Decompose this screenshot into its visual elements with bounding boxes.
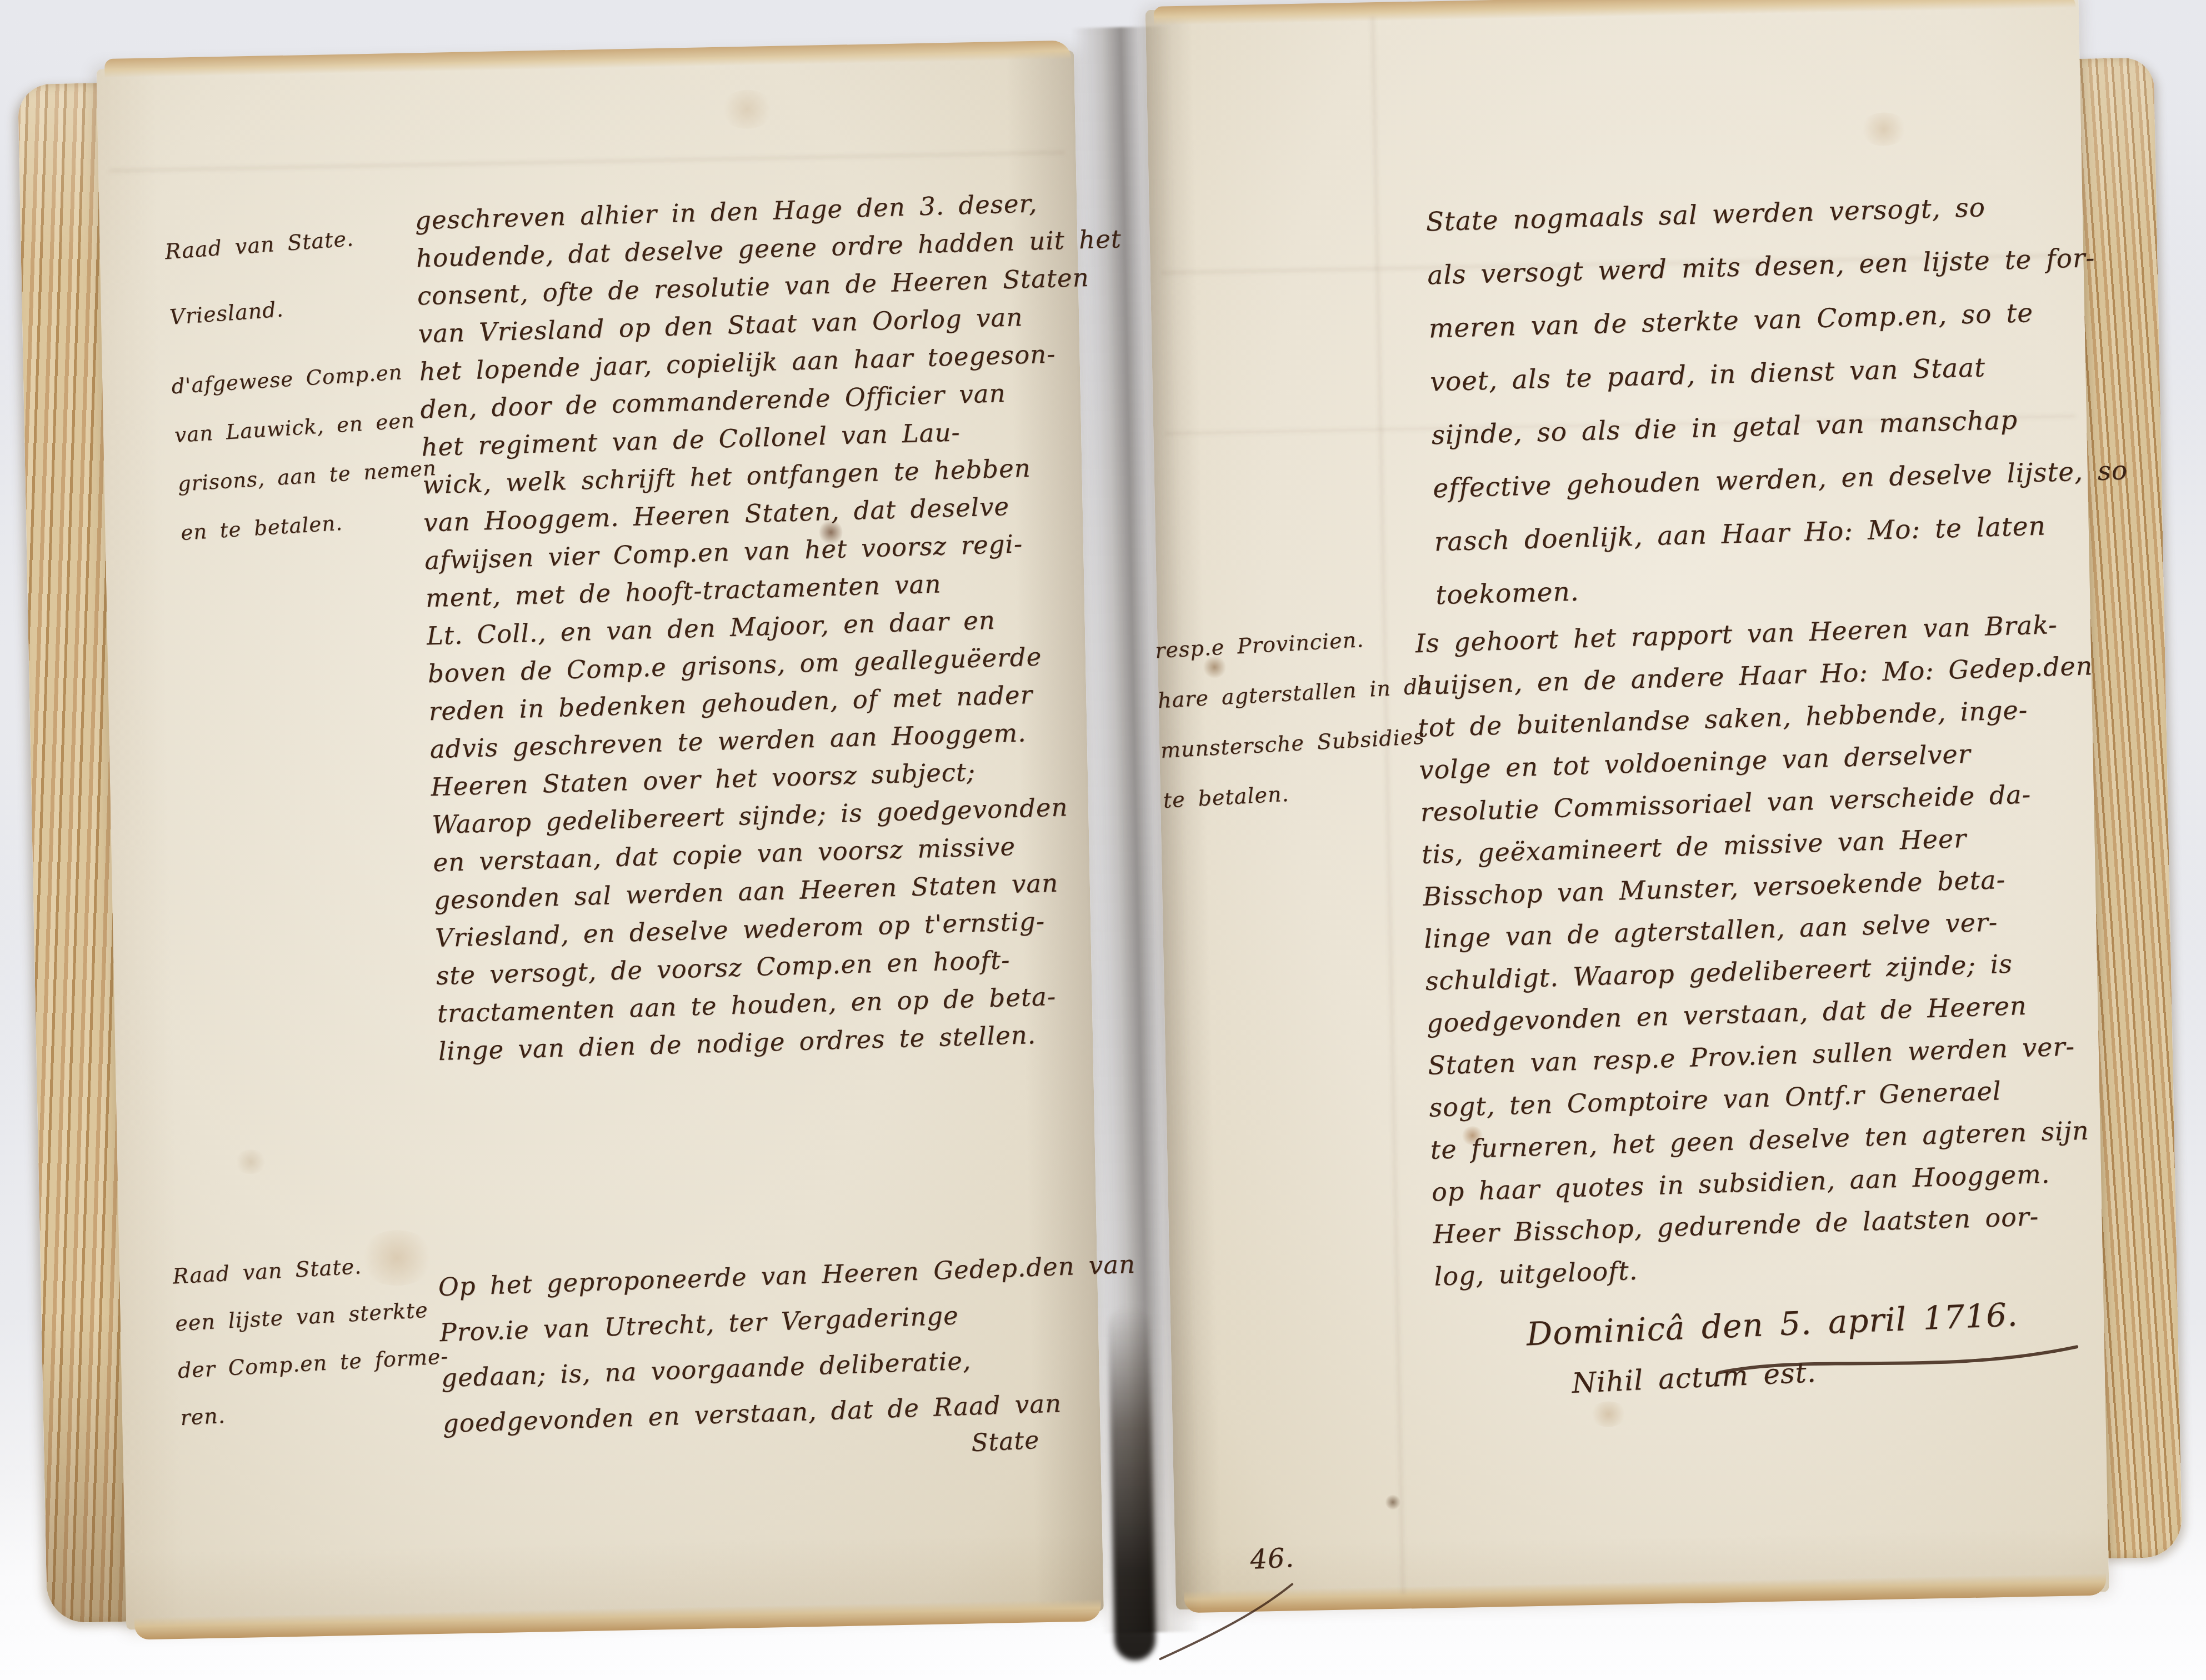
right-body-paragraph-2: Is gehoort het rapport van Heeren van Br… <box>1415 603 2096 1298</box>
page-number: 46. <box>1249 1539 1351 1576</box>
margin-note-resp-provincien: resp.e Provincien.hare agterstallen in d… <box>1154 612 1431 826</box>
margin-note-raad-van-state-lijste: Raad van State.een lijste van sterkteder… <box>172 1239 448 1442</box>
page-number-flourish <box>1153 1579 1299 1666</box>
manuscript-book-spread: Raad van State.Vriesland. d'afgewese Com… <box>1 0 2193 1671</box>
margin-note-raad-van-state-vriesland: Raad van State.Vriesland. <box>163 201 433 350</box>
left-body-paragraph-2: Op het geproponeerde van Heeren Gedep.de… <box>438 1243 1110 1447</box>
right-body-paragraph-1: State nogmaals sal werden versogt, soals… <box>1425 179 2081 622</box>
left-body-paragraph-1: geschreven alhier in den Hage den 3. des… <box>414 183 1105 1071</box>
margin-note-afgewese-compagnien: d'afgewese Comp.envan Lauwick, en eengri… <box>170 346 448 557</box>
gutter-dark-gap <box>1108 1304 1155 1661</box>
